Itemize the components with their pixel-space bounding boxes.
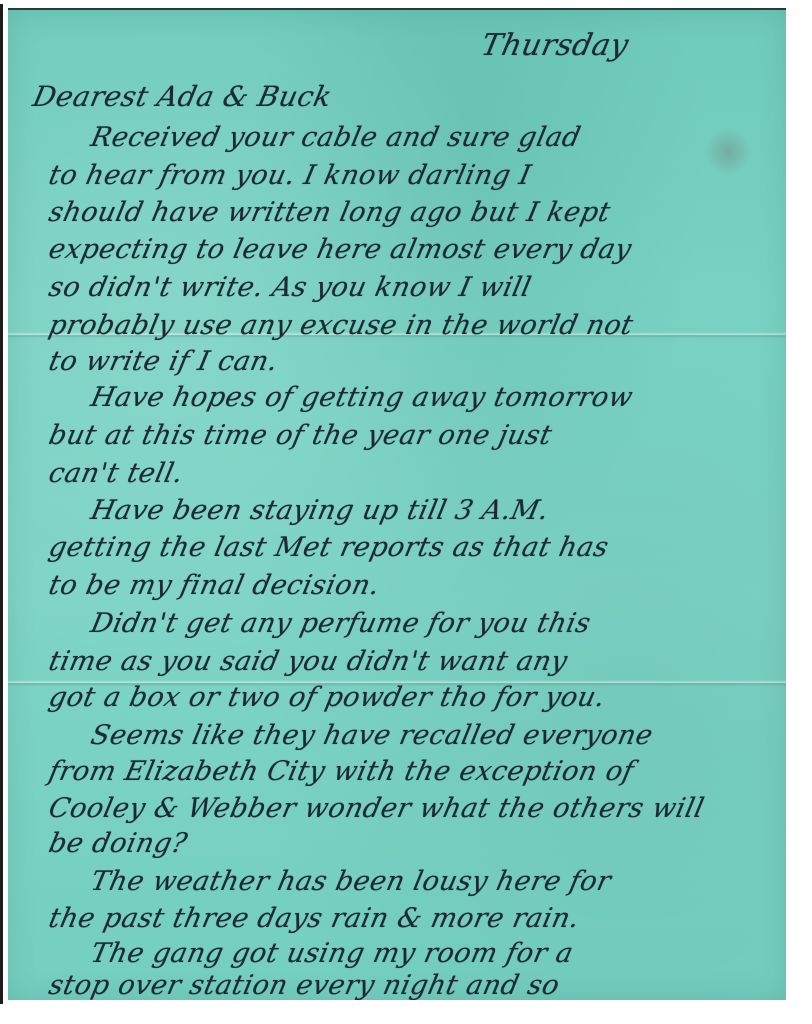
letter-line: to be my final decision. <box>46 570 383 601</box>
letter-line: be doing? <box>46 828 190 859</box>
letter-line: Have hopes of getting away tomorrow <box>88 382 636 413</box>
letter-line: so didn't write. As you know I will <box>46 272 534 303</box>
letter-line: to hear from you. I know darling I <box>46 160 534 191</box>
letter-line: the past three days rain & more rain. <box>46 903 582 934</box>
letter-line: The gang got using my room for a <box>88 938 576 969</box>
letter-line: Received your cable and sure glad <box>88 122 584 153</box>
letter-line: probably use any excuse in the world not <box>46 310 636 341</box>
letter-line: to write if I can. <box>46 346 281 377</box>
date-line: Thursday <box>478 28 632 63</box>
letter-line: Didn't get any perfume for you this <box>88 608 594 639</box>
letter-page: Thursday Dearest Ada & Buck Received you… <box>8 8 786 1000</box>
letter-line: stop over station every night and so <box>46 970 562 1001</box>
letter-line: expecting to leave here almost every day <box>46 234 634 265</box>
letter-line: should have written long ago but I kept <box>46 197 613 228</box>
letter-line: from Elizabeth City with the exception o… <box>46 756 637 787</box>
paper-stain <box>704 128 752 176</box>
letter-line: but at this time of the year one just <box>46 420 555 451</box>
salutation: Dearest Ada & Buck <box>30 80 335 113</box>
letter-line: Cooley & Webber wonder what the others w… <box>46 793 707 824</box>
letter-line: time as you said you didn't want any <box>46 646 570 677</box>
letter-line: Seems like they have recalled everyone <box>88 720 656 751</box>
letter-line: getting the last Met reports as that has <box>46 532 612 563</box>
letter-line: Have been staying up till 3 A.M. <box>88 495 552 526</box>
scan-edge <box>0 4 3 1004</box>
letter-line: got a box or two of powder tho for you. <box>46 682 608 713</box>
letter-line: can't tell. <box>46 458 186 489</box>
letter-line: The weather has been lousy here for <box>88 866 614 897</box>
